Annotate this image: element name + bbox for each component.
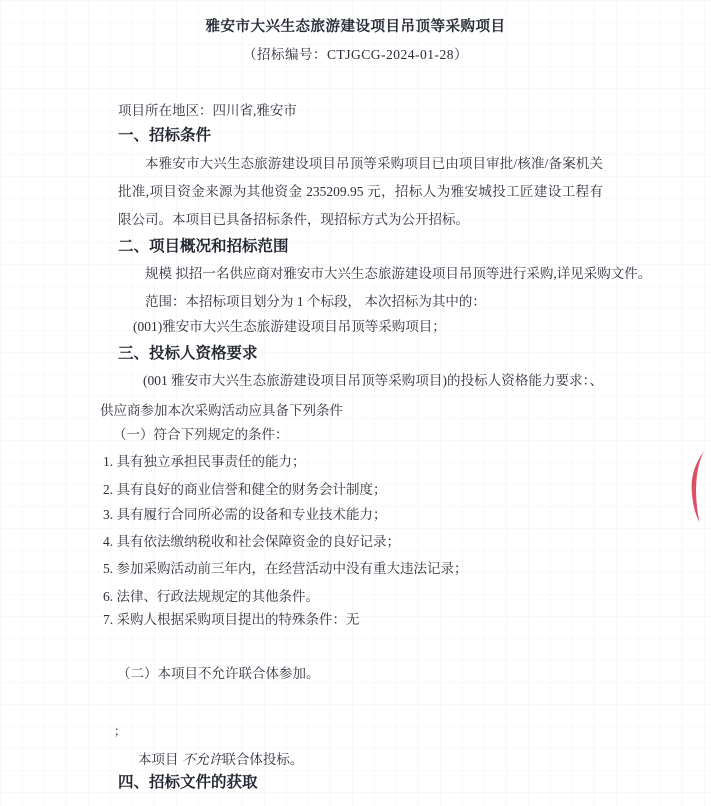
condition-item-1: 1. 具有独立承担民事责任的能力；: [103, 451, 306, 472]
condition-item-3: 3. 具有履行合同所必需的设备和专业技术能力；: [103, 504, 387, 525]
lot-line: (001)雅安市大兴生态旅游建设项目吊顶等采购项目；: [133, 316, 446, 337]
no-consortium-suffix: 联合体投标。: [222, 752, 303, 767]
condition-item-6: 6. 法律、行政法规规定的其他条件。: [103, 586, 319, 607]
project-region-line: 项目所在地区：四川省,雅安市: [118, 100, 297, 121]
tender-number-line: （招标编号：CTJGCG-2024-01-28）: [0, 44, 711, 66]
condition-item-5: 5. 参加采购活动前三年内，在经营活动中没有重大违法记录；: [103, 558, 468, 579]
red-stamp-arc-icon: [688, 450, 706, 524]
red-stamp-arc-path: [692, 451, 704, 523]
scale-line: 规模 拟招一名供应商对雅安市大兴生态旅游建设项目吊顶等进行采购,详见采购文件。: [118, 263, 651, 284]
sub-item-2-line: （二）本项目不允许联合体参加。: [117, 663, 320, 684]
section-1-paragraph: 本雅安市大兴生态旅游建设项目吊顶等采购项目已由项目审批/核准/备案机关批准,项目…: [118, 150, 603, 234]
condition-item-7: 7. 采购人根据采购项目提出的特殊条件：无: [103, 609, 360, 630]
sub-item-1-heading: （一）符合下列规定的条件：: [113, 424, 289, 445]
section-2-heading: 二、项目概况和招标范围: [118, 236, 289, 258]
condition-item-4: 4. 具有依法缴纳税收和社会保障资金的良好记录；: [103, 531, 400, 552]
scope-line: 范围：本招标项目划分为 1 个标段， 本次招标为其中的：: [118, 291, 486, 312]
no-consortium-prefix: 本项目: [138, 752, 182, 767]
stray-semicolon: ；: [114, 723, 126, 739]
document-title: 雅安市大兴生态旅游建设项目吊顶等采购项目: [0, 16, 711, 38]
scanned-tender-document-page: 雅安市大兴生态旅游建设项目吊顶等采购项目 （招标编号：CTJGCG-2024-0…: [0, 0, 711, 806]
section-3-heading: 三、投标人资格要求: [118, 343, 258, 365]
no-consortium-emphasis: 不允许: [182, 752, 223, 767]
section-4-heading: 四、招标文件的获取: [118, 772, 258, 794]
qualification-intro-paragraph: (001 雅安市大兴生态旅游建设项目吊顶等采购项目)的投标人资格能力要求：、供应…: [100, 366, 603, 426]
no-consortium-line: 本项目 不允许联合体投标。: [138, 749, 303, 770]
condition-item-2: 2. 具有良好的商业信誉和健全的财务会计制度；: [103, 479, 387, 500]
section-1-heading: 一、招标条件: [118, 125, 211, 147]
